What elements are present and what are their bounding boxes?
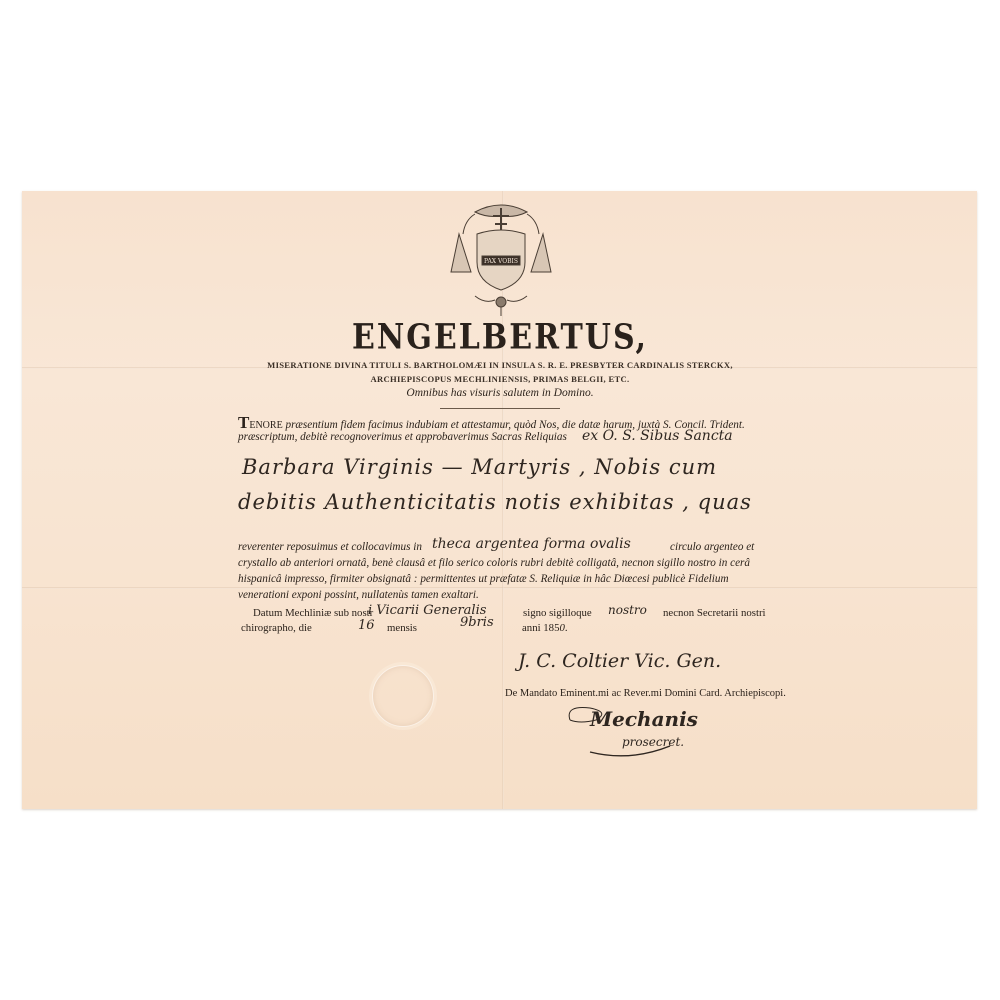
handwritten-line-3: Barbara Virginis — Martyris , Nobis cum — [242, 455, 717, 479]
vicar-general-signature: J. C. Coltier Vic. Gen. — [518, 650, 721, 672]
subtitle-line-1: MISERATIONE DIVINA TITULI S. BARTHOLOMÆI… — [0, 360, 1000, 370]
handwritten-line-4: debitis Authenticitatis notis exhibitas … — [238, 490, 752, 514]
signature-flourish-icon — [560, 700, 690, 760]
handwritten-month: 9bris — [460, 615, 494, 630]
body-line-6: crystallo ab anteriori ornatâ, benè clau… — [238, 557, 750, 569]
dating-line-1-start: Datum Mechliniæ sub nostr — [253, 607, 373, 619]
dating-year: anni 1850. — [522, 622, 568, 634]
dating-signo: signo sigilloque — [523, 607, 592, 619]
coat-of-arms-icon: PAX VOBIS — [445, 200, 557, 320]
subtitle-line-2: ARCHIEPISCOPUS MECHLINIENSIS, PRIMAS BEL… — [0, 374, 1000, 384]
fold-line-horizontal-2 — [22, 587, 977, 589]
drop-cap: T — [238, 413, 249, 432]
body-line-7: hispanicâ impresso, firmiter obsignatâ :… — [238, 573, 729, 585]
divider — [440, 408, 560, 409]
svg-text:PAX VOBIS: PAX VOBIS — [484, 258, 518, 265]
body-line-5-end: circulo argenteo et — [670, 541, 754, 553]
body-line-5-start: reverenter reposuimus et collocavimus in — [238, 541, 422, 553]
embossed-seal-icon — [372, 665, 434, 727]
mandate-line: De Mandato Eminent.mi ac Rever.mi Domini… — [505, 688, 786, 699]
dating-line-1-end: necnon Secretarii nostri — [663, 607, 766, 619]
document-title: ENGELBERTUS, — [0, 317, 1000, 357]
body-line-8: venerationi exponi possint, nullatenùs t… — [238, 589, 479, 601]
greeting: Omnibus has visuris salutem in Domino. — [0, 387, 1000, 399]
handwritten-relic-source: ex O. S. Sibus Sancta — [582, 428, 733, 444]
handwritten-day: 16 — [358, 618, 375, 633]
dating-mensis: mensis — [387, 622, 417, 634]
handwritten-nostro: nostro — [608, 603, 647, 617]
dating-line-2-start: chirographo, die — [241, 622, 312, 634]
body-line-2: præscriptum, debitè recognoverimus et ap… — [238, 431, 567, 443]
handwritten-reliquary: theca argentea forma ovalis — [432, 536, 631, 552]
